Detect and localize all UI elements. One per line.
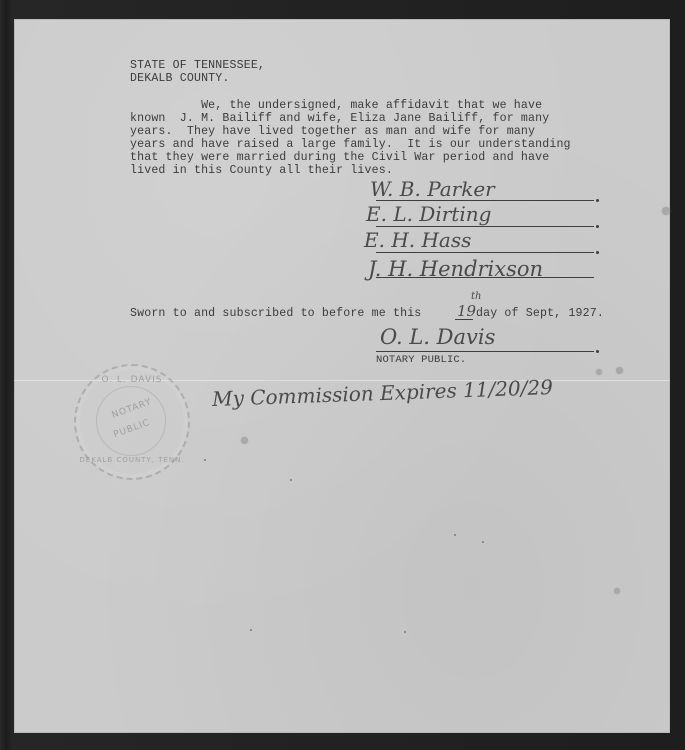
punch-hole <box>596 369 602 375</box>
notary-title: NOTARY PUBLIC. <box>376 354 466 367</box>
paper-speck <box>204 459 206 461</box>
heading-county: DEKALB COUNTY. <box>130 72 230 85</box>
paper-speck <box>250 629 252 631</box>
punch-hole <box>241 437 248 444</box>
signature-line-dot <box>596 225 599 228</box>
signature-2: E. L. Dirting <box>366 202 491 226</box>
signature-line-dot <box>596 251 599 254</box>
body-line: years. They have lived together as man a… <box>130 125 535 138</box>
punch-hole <box>614 588 620 594</box>
punch-hole <box>662 207 670 215</box>
signature-line <box>376 252 594 253</box>
paper-speck <box>454 534 456 536</box>
signature-line <box>376 200 594 201</box>
jurat-prefix: Sworn to and subscribed to before me thi… <box>130 307 421 320</box>
body-line: known J. M. Bailiff and wife, Eliza Jane… <box>130 112 549 125</box>
jurat-day-suffix: th <box>471 291 481 302</box>
seal-top-text: O. L. DAVIS <box>76 375 188 385</box>
signature-3: E. H. Hass <box>364 228 471 252</box>
paper-speck <box>290 479 292 481</box>
notary-signature-line <box>376 351 594 352</box>
signature-line-dot <box>596 199 599 202</box>
paper-speck <box>482 541 484 543</box>
day-underline <box>455 319 473 320</box>
body-line: lived in this County all their lives. <box>130 164 393 177</box>
signature-line <box>376 226 594 227</box>
body-line: We, the undersigned, make affidavit that… <box>130 99 542 112</box>
signature-line <box>376 277 594 278</box>
jurat-suffix: day of Sept, 1927. <box>476 307 604 320</box>
notary-seal-emboss: O. L. DAVIS NOTARY PUBLIC DEKALB COUNTY,… <box>74 364 190 480</box>
affidavit-page: STATE OF TENNESSEE, DEKALB COUNTY. We, t… <box>14 19 670 733</box>
signature-1: W. B. Parker <box>370 177 495 201</box>
signature-line-dot <box>596 350 599 353</box>
jurat-day: 19 <box>457 302 476 320</box>
notary-signature: O. L. Davis <box>380 325 495 349</box>
heading-state: STATE OF TENNESSEE, <box>130 59 265 72</box>
body-line: that they were married during the Civil … <box>130 151 549 164</box>
paper-speck <box>404 631 406 633</box>
seal-bottom-text: DEKALB COUNTY, TENN. <box>76 456 188 464</box>
body-line: years and have raised a large family. It… <box>130 138 571 151</box>
punch-hole <box>616 367 623 374</box>
